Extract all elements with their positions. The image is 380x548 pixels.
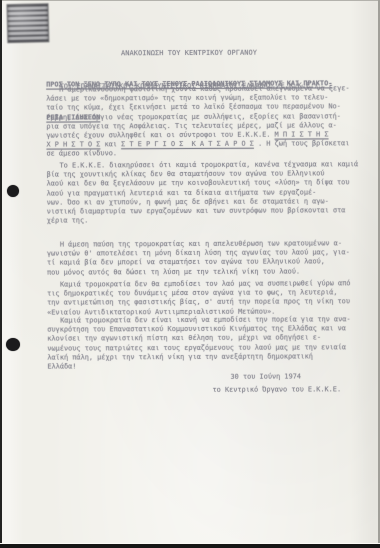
paragraph: Το Ε.Κ.Κ.Ε. διακηρύσσει ότι καμιά τρομοκ…: [47, 160, 359, 226]
text-line: χέρια της.: [47, 215, 359, 226]
scan-edge-bottom: [0, 544, 380, 548]
text-segment: . Η ζωή τους βρίσκεται: [254, 140, 349, 148]
text-segment: γωνιστές έχουν συλληφθεί και οι σύντροφο…: [46, 131, 274, 140]
text-line: νιστική διαμαρτυρία των εργαζομένων και …: [47, 206, 359, 217]
underlined-name: Χ Ρ Η Σ Τ Ο Σ: [46, 141, 100, 149]
scanned-document-page: ΑΝΑΚΟΙΝΩΣΗ ΤΟΥ ΚΕΝΤΡΙΚΟΥ ΟΡΓΑΝΟΥ ΤΟΥ ΕΠΑ…: [0, 0, 380, 548]
underlined-name: Σ Τ Ε Ρ Γ Ι Ο Σ Κ Α Τ Σ Α Ρ Ο Σ: [121, 140, 254, 149]
text-line: τί καμιά βία δεν μπορεί να σταματήσει το…: [47, 258, 359, 269]
text-line: Ελλάδα!: [47, 361, 359, 372]
ink-dot: [6, 338, 20, 351]
underlined-name: Μ Π Ι Σ Τ Η Σ: [275, 130, 329, 138]
text-segment: και: [100, 141, 121, 149]
paragraph: Καμιά τρομοκρατία δεν θα εμποδίσει τον λ…: [47, 279, 359, 317]
date-line: 30 του Ιούνη 1974: [230, 373, 301, 381]
signature-line: το Κεντρικό Όργανο του Ε.Κ.Κ.Ε.: [212, 385, 341, 394]
ink-dot: [7, 185, 19, 197]
scan-edge-top: [0, 0, 380, 1]
text-line: την αντιμετώπιση της φασιστικής βίας, σ'…: [47, 298, 359, 309]
paragraph: Καμιά τρομοκρατία δεν είναι ικανή να εμπ…: [47, 315, 359, 372]
text-line: λαϊκή πάλη, μέχρι την τελική νίκη για τη…: [47, 352, 359, 363]
paragraph: Η άμεση παύση της τρομοκρατίας και η απε…: [47, 239, 359, 277]
paragraph: Η αμερικανόδουλη φασιστική χούντα καθώς …: [46, 84, 358, 159]
text-line: σε άμεσο κίνδυνο.: [46, 149, 358, 160]
text-line: που μόνος αυτός θα δώσει τη λύση με την …: [47, 267, 359, 278]
scan-edge-left: [0, 0, 2, 548]
